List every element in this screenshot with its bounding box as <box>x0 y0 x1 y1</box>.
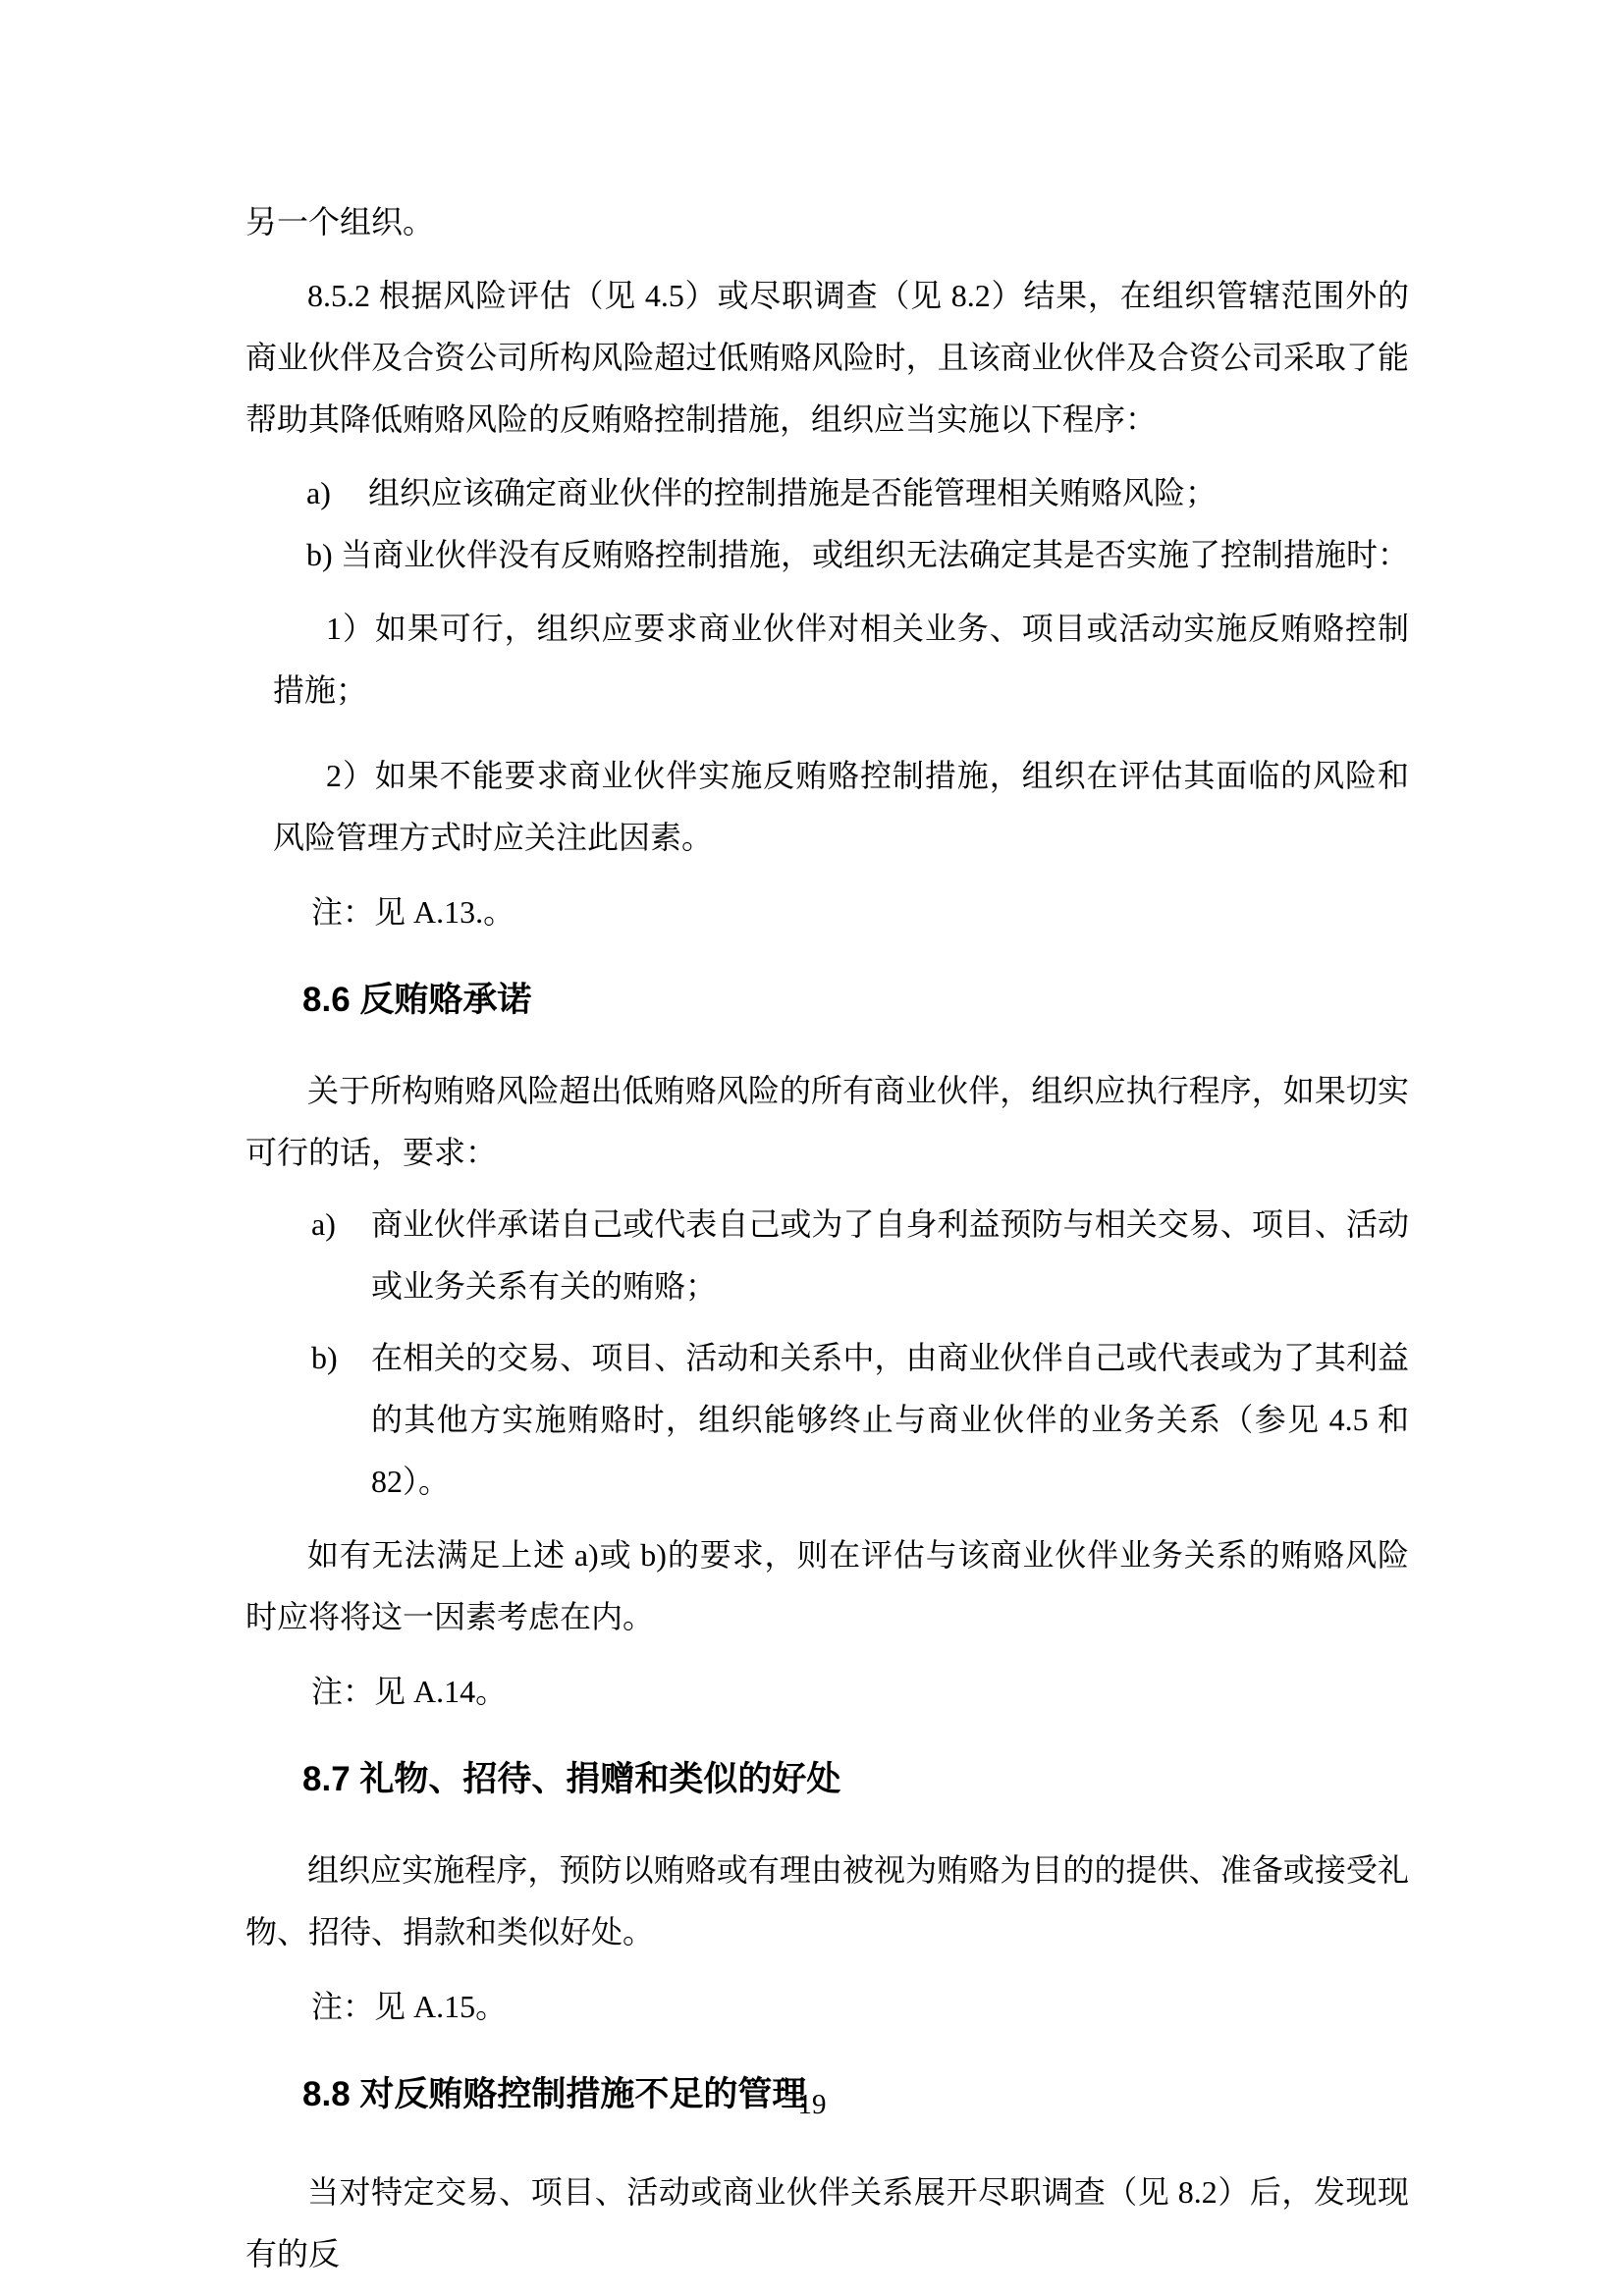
list-marker: b) <box>306 524 341 586</box>
text-run: 关于所构贿赂风险超出低贿赂风险的所有商业伙伴，组织应执行程序，如果切实可行的话，… <box>245 1073 1409 1170</box>
text-run: 商业伙伴承诺自己或代表自己或为了自身利益预防与相关交易、项目、活动或业务关系有关… <box>371 1206 1409 1304</box>
document-content: 另一个组织。8.5.2 根据风险评估（见 4.5）或尽职调查（见 8.2）结果，… <box>245 191 1409 2285</box>
heading-text: 8.7 礼物、招待、捐赠和类似的好处 <box>302 1760 840 1798</box>
document-page: 另一个组织。8.5.2 根据风险评估（见 4.5）或尽职调查（见 8.2）结果，… <box>0 0 1624 2296</box>
para-8-7: 组织应实施程序，预防以贿赂或有理由被视为贿赂为目的的提供、准备或接受礼物、招待、… <box>245 1840 1409 1963</box>
text-run: 组织应实施程序，预防以贿赂或有理由被视为贿赂为目的的提供、准备或接受礼物、招待、… <box>245 1852 1409 1949</box>
list-item-b-8-6: b)在相关的交易、项目、活动和关系中，由商业伙伴自己或代表或为了其利益的其他方实… <box>245 1327 1409 1513</box>
sub-item-1: 1）如果可行，组织应要求商业伙伴对相关业务、项目或活动实施反贿赂控制措施； <box>245 598 1409 721</box>
page-number: 19 <box>0 2085 1624 2124</box>
para-8-8: 当对特定交易、项目、活动或商业伙伴关系展开尽职调查（见 8.2）后，发现现有的反 <box>245 2162 1409 2285</box>
list-item-b-8-5-2: b)当商业伙伴没有反贿赂控制措施，或组织无法确定其是否实施了控制措施时： <box>245 524 1409 586</box>
text-run: 8.5.2 根据风险评估（见 4.5）或尽职调查（见 8.2）结果，在组织管辖范… <box>245 278 1409 437</box>
list-marker: a) <box>306 462 368 524</box>
list-item-a-8-6: a)商业伙伴承诺自己或代表自己或为了自身利益预防与相关交易、项目、活动或业务关系… <box>245 1194 1409 1317</box>
text-run: 组织应该确定商业伙伴的控制措施是否能管理相关贿赂风险； <box>368 475 1217 510</box>
text-run: 当对特定交易、项目、活动或商业伙伴关系展开尽职调查（见 8.2）后，发现现有的反 <box>245 2174 1409 2271</box>
para-continuation-top: 另一个组织。 <box>245 191 1409 253</box>
text-run: 如有无法满足上述 a)或 b)的要求，则在评估与该商业伙伴业务关系的贿赂风险时应… <box>245 1537 1409 1634</box>
list-marker: b) <box>311 1327 338 1389</box>
note-a14: 注：见 A.14。 <box>245 1661 1409 1723</box>
list-marker: 2） <box>326 758 375 793</box>
text-run: 如果可行，组织应要求商业伙伴对相关业务、项目或活动实施反贿赂控制措施； <box>273 611 1409 708</box>
para-8-5-2: 8.5.2 根据风险评估（见 4.5）或尽职调查（见 8.2）结果，在组织管辖范… <box>245 265 1409 451</box>
text-run: 在相关的交易、项目、活动和关系中，由商业伙伴自己或代表或为了其利益的其他方实施贿… <box>371 1340 1409 1499</box>
text-run: 注：见 A.13.。 <box>311 894 514 930</box>
text-run: 如果不能要求商业伙伴实施反贿赂控制措施，组织在评估其面临的风险和风险管理方式时应… <box>273 758 1409 855</box>
para-8-6-intro: 关于所构贿赂风险超出低贿赂风险的所有商业伙伴，组织应执行程序，如果切实可行的话，… <box>245 1060 1409 1184</box>
list-marker: a) <box>311 1194 336 1255</box>
heading-8-7: 8.7 礼物、招待、捐赠和类似的好处 <box>245 1748 1409 1810</box>
list-item-a-8-5-2: a)组织应该确定商业伙伴的控制措施是否能管理相关贿赂风险； <box>245 462 1409 524</box>
text-run: 当商业伙伴没有反贿赂控制措施，或组织无法确定其是否实施了控制措施时： <box>341 537 1409 572</box>
para-8-6-closing: 如有无法满足上述 a)或 b)的要求，则在评估与该商业伙伴业务关系的贿赂风险时应… <box>245 1524 1409 1648</box>
text-run: 注：见 A.14。 <box>311 1674 507 1709</box>
heading-text: 8.6 反贿赂承诺 <box>302 981 531 1019</box>
note-a13: 注：见 A.13.。 <box>245 881 1409 943</box>
note-a15: 注：见 A.15。 <box>245 1976 1409 2038</box>
list-marker: 1） <box>326 611 375 646</box>
sub-item-2: 2）如果不能要求商业伙伴实施反贿赂控制措施，组织在评估其面临的风险和风险管理方式… <box>245 745 1409 869</box>
heading-8-6: 8.6 反贿赂承诺 <box>245 969 1409 1031</box>
text-run: 另一个组织。 <box>245 204 434 240</box>
text-run: 注：见 A.15。 <box>311 1989 507 2024</box>
